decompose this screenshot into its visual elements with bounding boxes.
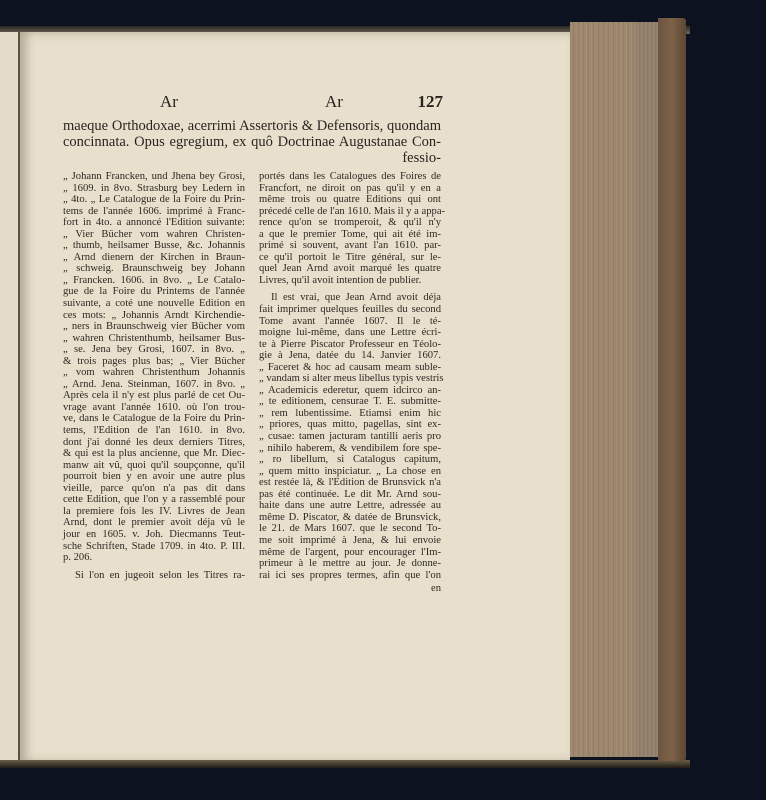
text-line: est restée là, & l'Edition de Brunsvick … bbox=[259, 477, 441, 489]
text-line: & trois pages plus bas; „ Vier Bücher bbox=[63, 356, 245, 368]
text-line: même de l'argent, pour encourager l'Im- bbox=[259, 547, 441, 559]
text-line: haite dans une autre Lettre, adressée au bbox=[259, 500, 441, 512]
text-line: portés dans les Catalogues des Foires de bbox=[259, 171, 441, 183]
text-line: gue de la Foire du Printems de l'année bbox=[63, 286, 245, 298]
page-block-fore-edge bbox=[570, 22, 636, 757]
text-line: même D. Piscator, & datée de Brunsvick, bbox=[259, 512, 441, 524]
text-line: jour en 1605. v. Joh. Diecmanns Teut- bbox=[63, 529, 245, 541]
text-line: même trois ou quatre Editions qui ont bbox=[259, 194, 441, 206]
text-line: concinnata. Opus egregium, ex quô Doctri… bbox=[63, 134, 441, 150]
text-line: suivante, a coté une nouvelle Edition en bbox=[63, 298, 245, 310]
text-line: p. 206. bbox=[63, 552, 245, 564]
text-line: „ Academicis ederetur, quem idcirco an- bbox=[259, 385, 441, 397]
text-line: maeque Orthodoxae, acerrimi Assertoris &… bbox=[63, 118, 441, 134]
text-line: „ cusae: tamen jacturam tantilli aeris p… bbox=[259, 431, 441, 443]
text-line: „ nihilo haberem, & vendibilem fore spe- bbox=[259, 443, 441, 455]
text-line: me soit imprimé à Jena, & lui envoie bbox=[259, 535, 441, 547]
left-column: „ Johann Francken, und Jhena bey Grosi, … bbox=[63, 171, 245, 581]
text-line: gie à Jena, datée du 14. Janvier 1607. bbox=[259, 350, 441, 362]
text-line: Francfort, ne diroit on pas qu'il y en a bbox=[259, 183, 441, 195]
text-line: „ te editionem, censurae T. E. submitte- bbox=[259, 396, 441, 408]
catchword: en bbox=[259, 583, 441, 595]
text-line: „ Faceret & hoc ad causam meam suble- bbox=[259, 362, 441, 374]
text-line: ve, dans le Catalogue de la Foire du Pri… bbox=[63, 413, 245, 425]
text-line: tems, l'Edition de l'an 1610. in 8vo. bbox=[63, 425, 245, 437]
text-line: „ wahren Christenthumb, heilsamer Bus- bbox=[63, 333, 245, 345]
book-cover-edge bbox=[658, 18, 686, 761]
text-line: pourroit bien y en avoir une autre plus bbox=[63, 471, 245, 483]
text-line: Tome avant l'année 1607. Il le té- bbox=[259, 316, 441, 328]
text-line: Il est vrai, que Jean Arnd avoit déja bbox=[259, 292, 441, 304]
text-line: „ ro libellum, si Catalogus capitum, bbox=[259, 454, 441, 466]
right-column-paragraph-1: portés dans les Catalogues des Foires de… bbox=[259, 171, 441, 286]
right-column-paragraph-2: Il est vrai, que Jean Arnd avoit déja fa… bbox=[259, 292, 441, 581]
text-line: tems de l'année 1606. imprimé à Franc- bbox=[63, 206, 245, 218]
text-line: „ Vier Bücher vom wahren Christen- bbox=[63, 229, 245, 241]
text-line: ces mots: „ Johannis Arndt Kirchendie- bbox=[63, 310, 245, 322]
text-line: ce qu'il portoit le Titre général, sur l… bbox=[259, 252, 441, 264]
text-line: fort in 4to. a annoncé l'Edition suivant… bbox=[63, 217, 245, 229]
text-line: „ schweig. Braunschweig bey Johann bbox=[63, 263, 245, 275]
text-line: dont j'ai donné les deux derniers Titres… bbox=[63, 437, 245, 449]
page-number: 127 bbox=[418, 92, 444, 112]
text-line: Arnd, dont le premier avoit déja vû le bbox=[63, 517, 245, 529]
text-line: fait imprimer quelques feuilles du secon… bbox=[259, 304, 441, 316]
text-line: „ Arnd. Jena. Steinman, 1607. in 8vo. „ bbox=[63, 379, 245, 391]
left-column-paragraph-1: „ Johann Francken, und Jhena bey Grosi, … bbox=[63, 171, 245, 564]
text-line: „ Francken. 1606. in 8vo. „ Le Catalo- bbox=[63, 275, 245, 287]
left-page-edge bbox=[0, 32, 20, 762]
text-line: vrage avant l'année 1610. où l'on trou- bbox=[63, 402, 245, 414]
text-line: „ quem mitto inspiciatur. „ La chose en bbox=[259, 466, 441, 478]
text-line: cette Edition, que l'on y a rassemblé po… bbox=[63, 494, 245, 506]
text-line: vieille, parce qu'on n'a pas dit dans bbox=[63, 483, 245, 495]
text-line: pas été continuée. Le dit Mr. Arnd sou- bbox=[259, 489, 441, 501]
text-line: précedé celle de l'an 1610. Mais il y a … bbox=[259, 206, 441, 218]
text-line: „ se. Jena bey Grosi, 1607. in 8vo. „ bbox=[63, 344, 245, 356]
text-line: a que le premier Tome, qui ait été im- bbox=[259, 229, 441, 241]
book-bottom-edge-shadow bbox=[0, 760, 690, 768]
text-line: Si l'on en jugeoit selon les Titres ra- bbox=[63, 570, 245, 582]
text-line: „ 1609. in 8vo. Strasburg bey Ledern in bbox=[63, 183, 245, 195]
text-line: „ Arnd dienern der Kirchen in Braun- bbox=[63, 252, 245, 264]
full-width-text-block: maeque Orthodoxae, acerrimi Assertoris &… bbox=[63, 118, 441, 166]
running-head-left: Ar bbox=[160, 92, 178, 112]
page-block-fore-edge-outer bbox=[636, 22, 658, 757]
left-column-paragraph-2: Si l'on en jugeoit selon les Titres ra- bbox=[63, 570, 245, 582]
text-line: rence qu'on se tromperoit, & qu'il n'y bbox=[259, 217, 441, 229]
text-line: „ 4to. „ Le Catalogue de la Foire du Pri… bbox=[63, 194, 245, 206]
text-line: Livres, qu'il avoit intention de publier… bbox=[259, 275, 441, 287]
text-line: „ thumb, heilsamer Busse, &c. Johannis bbox=[63, 240, 245, 252]
text-line: te à Pierre Piscator Professeur en Téolo… bbox=[259, 339, 441, 351]
text-line: „ vom wahren Christenthum Johannis bbox=[63, 367, 245, 379]
text-line: „ ners in Braunschweig vier Bücher vom bbox=[63, 321, 245, 333]
text-line: manw ait vû, quoi qu'il soupçonne, qu'il bbox=[63, 460, 245, 472]
text-line: & qui est la plus ancienne, que Mr. Diec… bbox=[63, 448, 245, 460]
text-line: fessio- bbox=[63, 150, 441, 166]
text-line: primé si souvent, avant l'an 1610. par- bbox=[259, 240, 441, 252]
right-column: portés dans les Catalogues des Foires de… bbox=[259, 171, 441, 595]
text-line: rai ici ses propres termes, afin que l'o… bbox=[259, 570, 441, 582]
text-line: sche Schriften, Stade 1709. in 4to. P. I… bbox=[63, 541, 245, 553]
text-line: primeur à le mettre au jour. Je donne- bbox=[259, 558, 441, 570]
text-line: Après cela il n'y est plus parlé de cet … bbox=[63, 390, 245, 402]
text-line: quel Jean Arnd avoit marqué les quatre bbox=[259, 263, 441, 275]
text-line: moigne lui-même, dans une Lettre écri- bbox=[259, 327, 441, 339]
running-head-center: Ar bbox=[325, 92, 343, 112]
text-line: „ rem lubentissime. Etiamsi enim hic bbox=[259, 408, 441, 420]
text-line: le 21. de Mars 1607. que le second To- bbox=[259, 523, 441, 535]
text-line: „ priores, quas mitto, pagellas, sint ex… bbox=[259, 419, 441, 431]
text-line: la premiere fois les IV. Livres de Jean bbox=[63, 506, 245, 518]
text-line: „ Johann Francken, und Jhena bey Grosi, bbox=[63, 171, 245, 183]
text-line: „ vandam si alter meus libellus typis ve… bbox=[259, 373, 441, 385]
